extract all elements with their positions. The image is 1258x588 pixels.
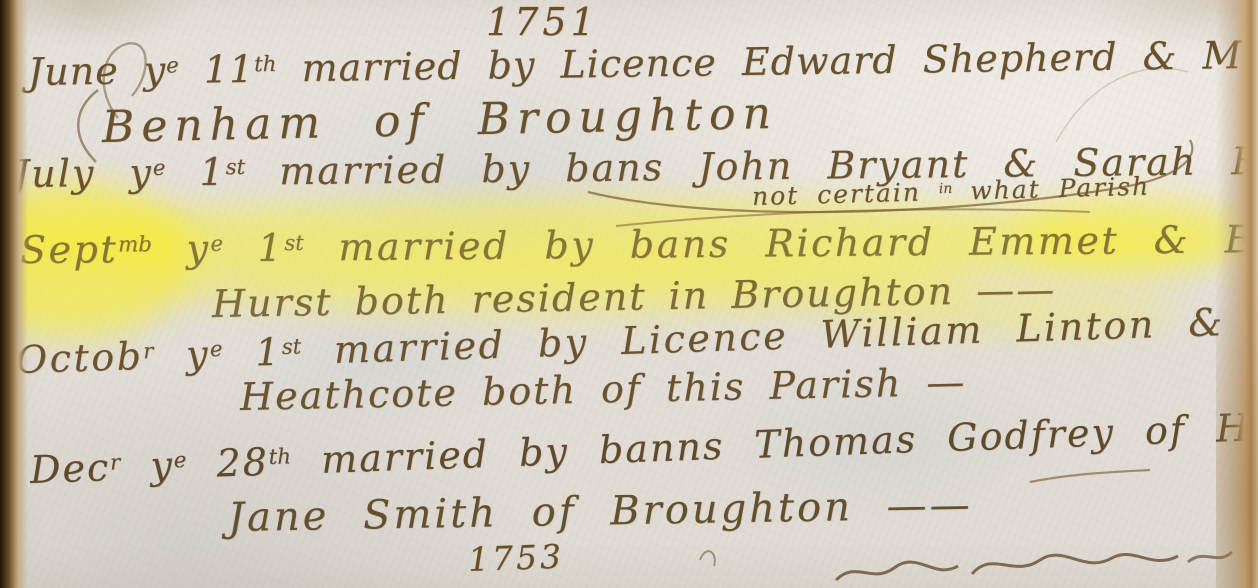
book-binding-edge <box>0 0 28 588</box>
cutoff-writing-right <box>972 555 1178 574</box>
cutoff-writing-left <box>836 562 958 580</box>
scanned-register-page: 1751 June ye 11th married by Licence Edw… <box>0 0 1258 588</box>
december-trailing-dash <box>1030 470 1150 482</box>
cutoff-stroke-small <box>700 551 715 566</box>
page-right-edge <box>1216 0 1258 588</box>
year-heading: 1751 <box>486 0 599 44</box>
year-footer: 1753 <box>467 537 564 579</box>
